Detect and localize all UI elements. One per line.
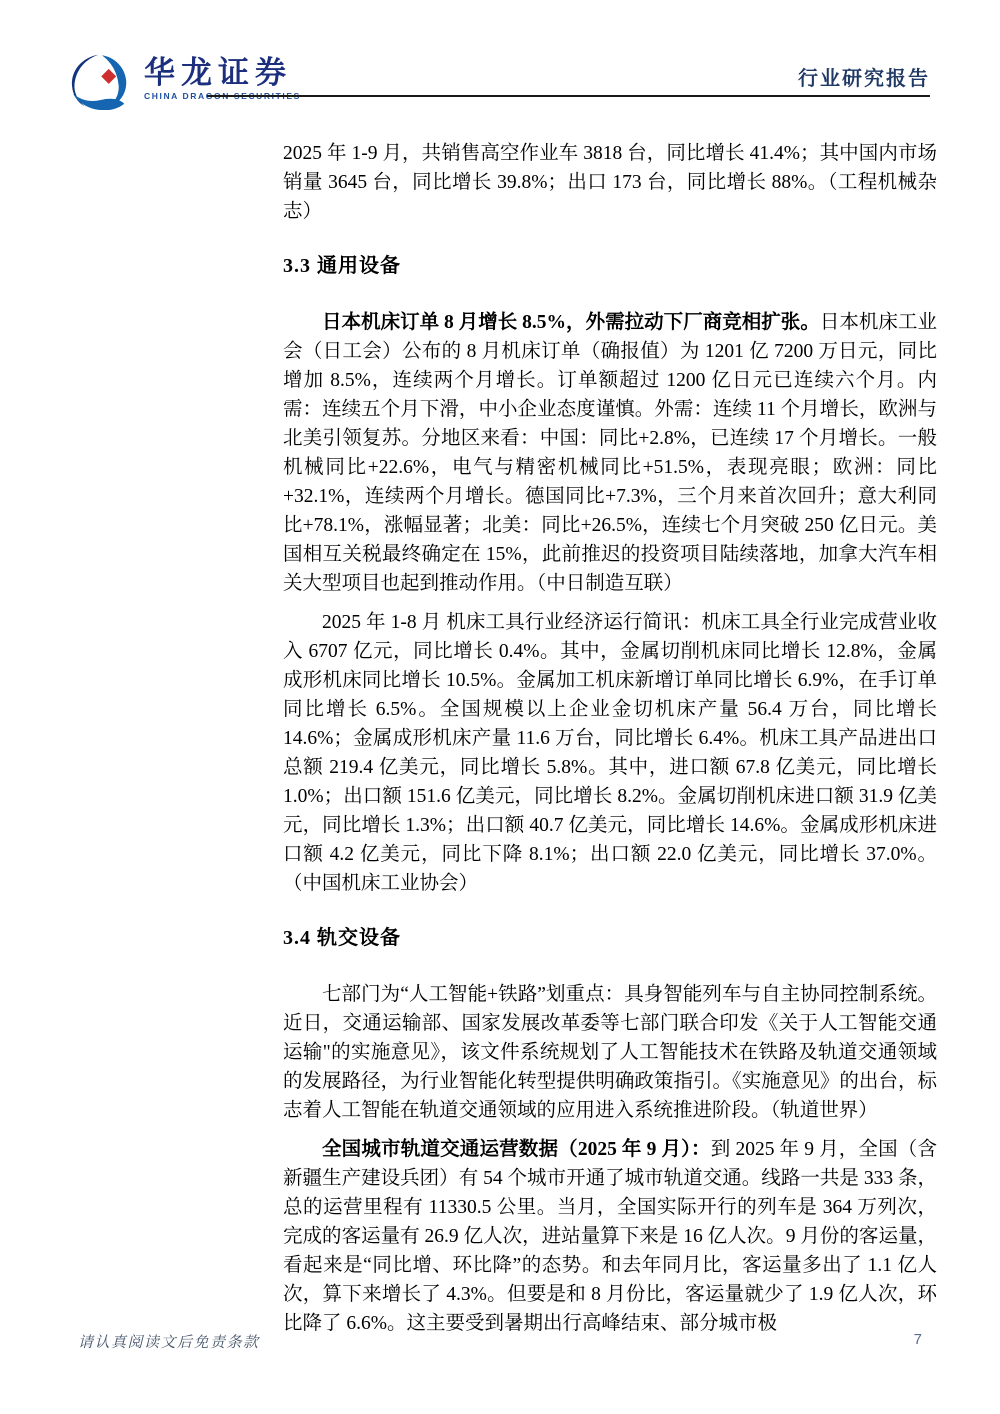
paragraph: 全国城市轨道交通运营数据（2025 年 9 月）：到 2025 年 9 月，全国… — [283, 1135, 937, 1338]
page-header: 华龙证券 CHINA DRAGON SECURITIES 行业研究报告 — [0, 0, 1000, 110]
footer-disclaimer: 请认真阅读文后免责条款 — [78, 1331, 260, 1352]
brand-name-cn: 华龙证券 — [144, 56, 301, 90]
paragraph: 七部门为“人工智能+铁路”划重点：具身智能列车与自主协同控制系统。近日，交通运输… — [283, 980, 937, 1125]
paragraph-text: 七部门为“人工智能+铁路”划重点：具身智能列车与自主协同控制系统。近日，交通运输… — [283, 984, 937, 1121]
paragraph-text: 2025 年 1-8 月 机床工具行业经济运行简讯：机床工具全行业完成营业收入 … — [283, 612, 937, 894]
page-number: 7 — [914, 1331, 922, 1348]
paragraph-lead-bold: 日本机床订单 8 月增长 8.5%，外需拉动下厂商竞相扩张。 — [322, 312, 820, 333]
header-divider — [207, 95, 930, 97]
brand: 华龙证券 CHINA DRAGON SECURITIES — [68, 54, 301, 110]
paragraph: 日本机床订单 8 月增长 8.5%，外需拉动下厂商竞相扩张。日本机床工业会（日工… — [283, 308, 937, 598]
paragraph: 2025 年 1-8 月 机床工具行业经济运行简讯：机床工具全行业完成营业收入 … — [283, 608, 937, 898]
report-type-label: 行业研究报告 — [798, 62, 930, 91]
report-page: 华龙证券 CHINA DRAGON SECURITIES 行业研究报告 2025… — [0, 0, 1000, 1414]
paragraph-lead-bold: 全国城市轨道交通运营数据（2025 年 9 月）： — [322, 1139, 711, 1160]
paragraph-text: 日本机床工业会（日工会）公布的 8 月机床订单（确报值）为 1201 亿 720… — [283, 312, 937, 594]
brand-logo-icon — [68, 54, 132, 110]
paragraph-text: 到 2025 年 9 月，全国（含新疆生产建设兵团）有 54 个城市开通了城市轨… — [283, 1139, 937, 1334]
section-heading: 3.3 通用设备 — [283, 254, 937, 278]
section-heading: 3.4 轨交设备 — [283, 926, 937, 950]
paragraph-text: 2025 年 1-9 月，共销售高空作业车 3818 台，同比增长 41.4%；… — [283, 143, 937, 222]
paragraph: 2025 年 1-9 月，共销售高空作业车 3818 台，同比增长 41.4%；… — [283, 139, 937, 226]
document-body: 2025 年 1-9 月，共销售高空作业车 3818 台，同比增长 41.4%；… — [283, 139, 937, 1348]
